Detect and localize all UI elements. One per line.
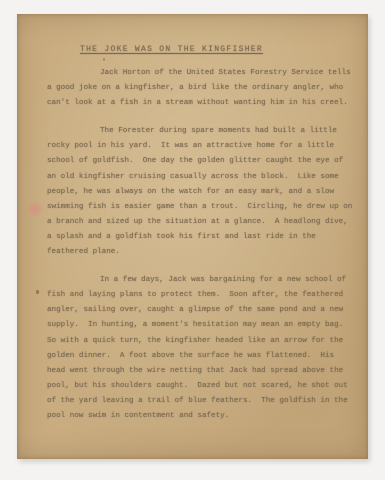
scan-background: THE JOKE WAS ON THE KINGFISHER Jack Hort… — [0, 0, 385, 480]
document-title: THE JOKE WAS ON THE KINGFISHER — [17, 45, 326, 54]
stain-mark — [27, 201, 43, 217]
paragraph-netting-story: In a few days, Jack was bargaining for a… — [47, 273, 353, 424]
ink-speck — [36, 290, 39, 294]
paragraph-intro: Jack Horton of the United States Forestr… — [47, 66, 353, 111]
document-page: THE JOKE WAS ON THE KINGFISHER Jack Hort… — [17, 14, 368, 459]
paragraph-pool-story: The Forester during spare moments had bu… — [47, 124, 353, 260]
ink-speck — [103, 58, 105, 61]
